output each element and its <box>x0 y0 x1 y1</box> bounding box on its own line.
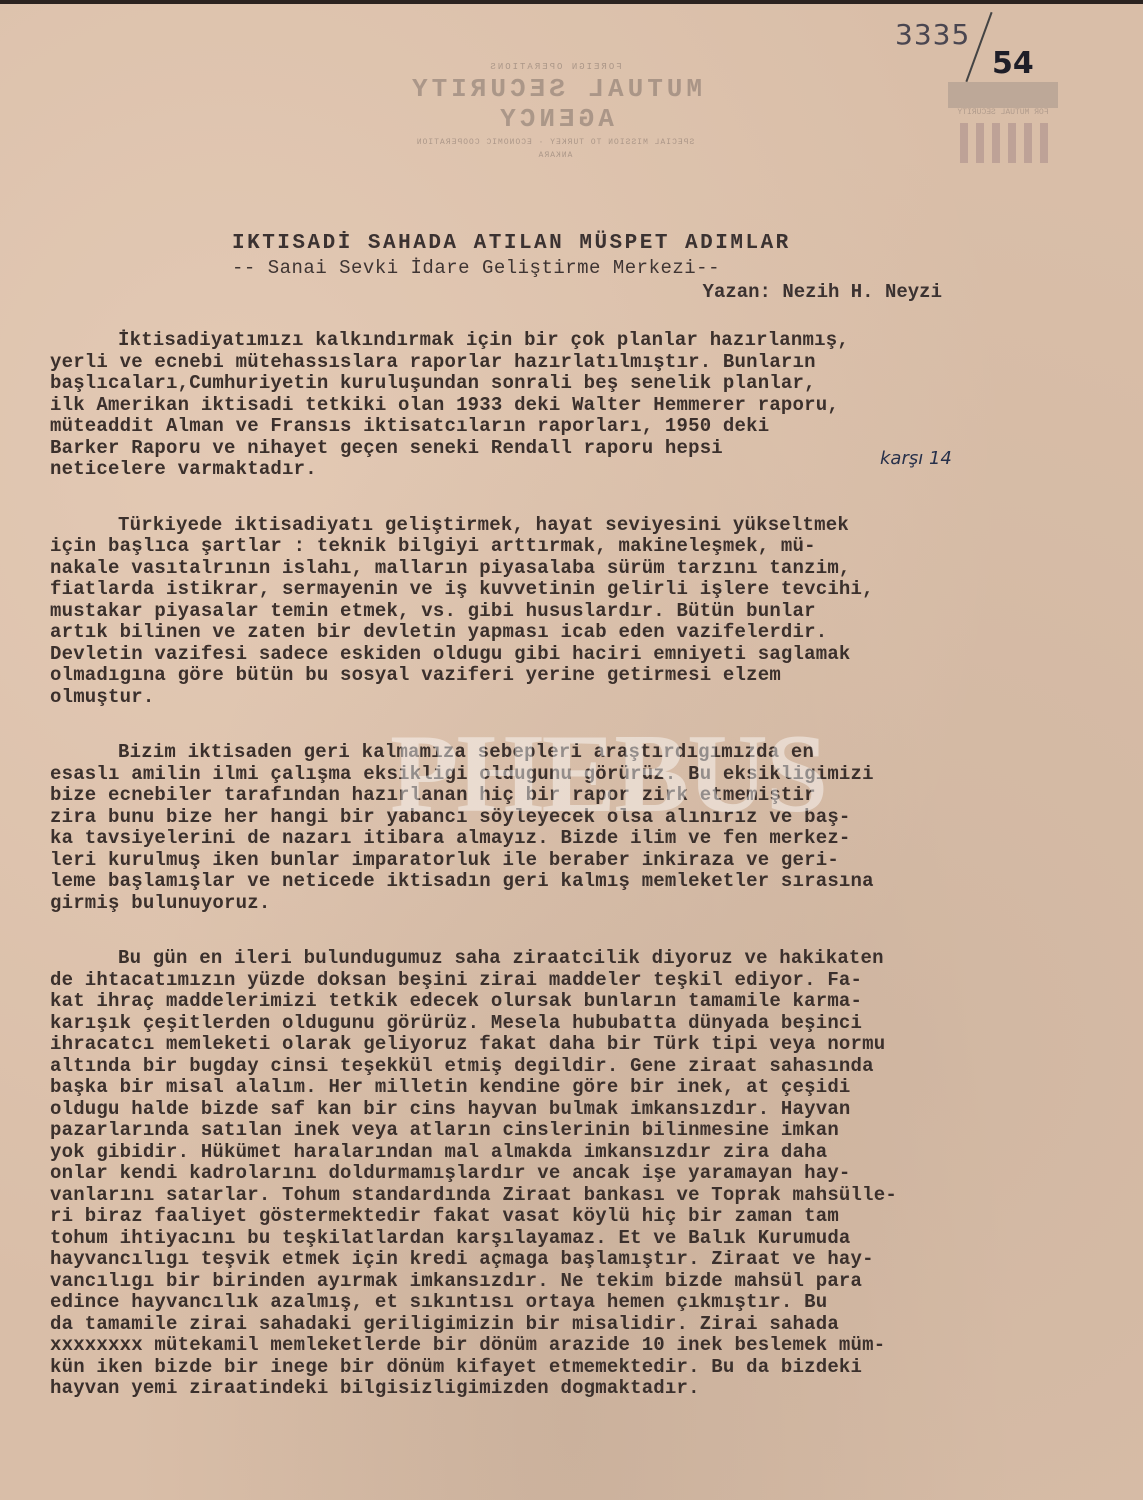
document-title: IKTISADİ SAHADA ATILAN MÜSPET ADIMLAR <box>232 232 952 255</box>
text-line: leri kurulmuş iken bunlar imparatorluk i… <box>50 850 1080 872</box>
text-line: ilk Amerikan iktisadi tetkiki olan 1933 … <box>50 395 1080 417</box>
text-line: oldugu halde bizde saf kan bir cins hayv… <box>50 1099 1080 1121</box>
document-body: İktisadiyatımızı kalkındırmak için bir ç… <box>50 330 1080 1434</box>
text-line: artık bilinen ve zaten bir devletin yapm… <box>50 622 1080 644</box>
text-line: vanlarını satarlar. Tohum standardında Z… <box>50 1185 1080 1207</box>
text-line: girmiş bulunuyoruz. <box>50 893 1080 915</box>
letterhead-organization: MUTUAL SECURITY AGENCY <box>340 74 770 134</box>
text-line: olmadıgına göre bütün bu sosyal vaziferi… <box>50 665 1080 687</box>
document-subtitle: -- Sanai Sevki İdare Geliştirme Merkezi-… <box>232 257 952 279</box>
text-line: için başlıca şartlar : teknik bilgiyi ar… <box>50 536 1080 558</box>
text-line: kün iken bizde bir inege bir dönüm kifay… <box>50 1357 1080 1379</box>
seal-bleedthrough: FOR MUTUAL SECURITY <box>948 82 1058 192</box>
text-line: altında bir bugday cinsi teşekkül etmiş … <box>50 1056 1080 1078</box>
letterhead-bleedthrough: FOREIGN OPERATIONS MUTUAL SECURITY AGENC… <box>340 62 770 160</box>
reference-year: 54 <box>992 46 1034 81</box>
text-line: edince hayvancılık azalmış, et sıkıntısı… <box>50 1292 1080 1314</box>
document-author: Yazan: Nezih H. Neyzi <box>232 281 942 303</box>
paragraph-4: Bu gün en ileri bulundugumuz saha ziraat… <box>50 948 1080 1400</box>
text-line: karışık çeşitlerden oldugunu görürüz. Me… <box>50 1013 1080 1035</box>
text-line: ihracatcı memleketi olarak geliyoruz fak… <box>50 1034 1080 1056</box>
text-line: yok gibidir. Hükümet haralarından mal al… <box>50 1142 1080 1164</box>
text-line: başlıcaları,Cumhuriyetin kuruluşundan so… <box>50 373 1080 395</box>
reference-number: 3335 <box>895 18 970 51</box>
text-line: da tamamile zirai sahadaki geriligimizin… <box>50 1314 1080 1336</box>
text-line: olmuştur. <box>50 687 1080 709</box>
text-line: ri biraz faaliyet göstermektedir fakat v… <box>50 1206 1080 1228</box>
text-line: hayvancılıgı teşvik etmek için kredi açm… <box>50 1249 1080 1271</box>
seal-bars <box>958 123 1048 163</box>
text-line: tohum ihtiyacını bu teşkilatlardan karşı… <box>50 1228 1080 1250</box>
text-line: yerli ve ecnebi mütehassıslara raporlar … <box>50 352 1080 374</box>
text-line: xxxxxxxx mütekamil memleketlerde bir dön… <box>50 1335 1080 1357</box>
text-line: Devletin vazifesi sadece eskiden oldugu … <box>50 644 1080 666</box>
text-line: leme başlamışlar ve neticede iktisadın g… <box>50 871 1080 893</box>
text-line: Bu gün en ileri bulundugumuz saha ziraat… <box>50 948 1080 970</box>
letterhead-top-line: FOREIGN OPERATIONS <box>340 62 770 72</box>
text-line: İktisadiyatımızı kalkındırmak için bir ç… <box>50 330 1080 352</box>
seal-block <box>948 82 1058 108</box>
seal-text: FOR MUTUAL SECURITY <box>948 108 1058 117</box>
scan-top-edge <box>0 0 1143 4</box>
text-line: başka bir misal alalım. Her milletin ken… <box>50 1077 1080 1099</box>
text-line: onlar kendi kadrolarını doldurmamışlardı… <box>50 1163 1080 1185</box>
paragraph-2: Türkiyede iktisadiyatı geliştirmek, haya… <box>50 515 1080 709</box>
text-line: kat ihraç maddelerimizi tetkik edecek ol… <box>50 991 1080 1013</box>
text-line: de ihtacatımızın yüzde doksan beşini zir… <box>50 970 1080 992</box>
text-line: vancılıgı bir birinden ayırmak imkansızd… <box>50 1271 1080 1293</box>
handwritten-margin-note: karşı 14 <box>880 448 952 469</box>
text-line: nakale vasıtalrının islahı, malların piy… <box>50 558 1080 580</box>
text-line: mustakar piyasalar temin etmek, vs. gibi… <box>50 601 1080 623</box>
text-line: fiatlarda istikrar, sermayenin ve iş kuv… <box>50 579 1080 601</box>
letterhead-city: ANKARA <box>340 151 770 160</box>
letterhead-address: SPECIAL MISSION TO TURKEY · ECONOMIC COO… <box>340 138 770 147</box>
text-line: pazarlarında satılan inek veya atların c… <box>50 1120 1080 1142</box>
text-line: Türkiyede iktisadiyatı geliştirmek, haya… <box>50 515 1080 537</box>
watermark: PHEBUS <box>390 710 826 839</box>
text-line: müteaddit Alman ve Fransıs iktisatcıları… <box>50 416 1080 438</box>
text-line: hayvan yemi ziraatindeki bilgisizligimiz… <box>50 1378 1080 1400</box>
document-header: IKTISADİ SAHADA ATILAN MÜSPET ADIMLAR --… <box>232 232 952 303</box>
